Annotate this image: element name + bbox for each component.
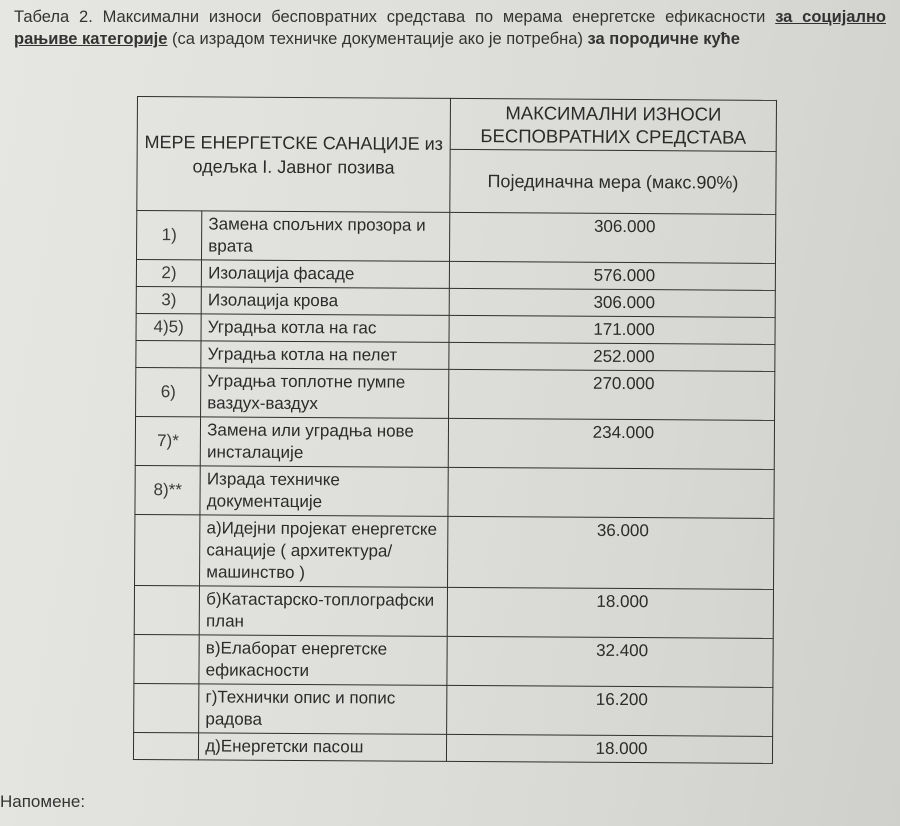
measure-amount: 18.000 (446, 734, 772, 763)
measure-description: г)Технички опис и попис радова (199, 684, 447, 735)
caption-housing-type: за породичне куће (588, 30, 740, 48)
table-row: 7)*Замена или уградња нове инсталације23… (135, 416, 774, 469)
measure-amount: 16.200 (447, 685, 773, 736)
table-row: а)Идејни пројекат енергетске санације ( … (135, 514, 774, 589)
table-row: 6)Уградња топлотне пумпе ваздух-ваздух27… (136, 367, 775, 420)
measure-amount: 171.000 (449, 315, 775, 344)
notes-label: Напомене: (0, 792, 85, 812)
measure-description: в)Елаборат енергетске ефикасности (199, 635, 447, 686)
measure-description: Изолација фасаде (202, 260, 450, 289)
measure-description: Изолација крова (201, 287, 449, 316)
header-max-amounts: МАКСИМАЛНИ ИЗНОСИ БЕСПОВРАТНИХ СРЕДСТАВА (450, 98, 776, 151)
header-single-measure: Појединачна мера (макс.90%) (450, 149, 776, 214)
measure-amount (448, 467, 774, 518)
measure-number (134, 634, 200, 683)
measure-description: а)Идејни пројекат енергетске санације ( … (200, 515, 448, 588)
measure-number (134, 683, 200, 732)
measure-description: Уградња котла на пелет (201, 341, 449, 370)
table-row: 3)Изолација крова306.000 (136, 286, 775, 317)
table-row: в)Елаборат енергетске ефикасности32.400 (134, 634, 773, 687)
measure-number: 7)* (135, 416, 201, 465)
measure-amount: 234.000 (448, 418, 774, 469)
measure-number: 2) (136, 260, 201, 287)
measure-description: Замена или уградња нове инсталације (200, 417, 448, 468)
measure-amount: 270.000 (449, 369, 775, 420)
header-measures: МЕРЕ ЕНЕРГЕТСКЕ САНАЦИЈЕ из одељка I. Ја… (137, 97, 451, 213)
measure-amount: 576.000 (449, 261, 775, 290)
table-row: д)Енергетски пасош18.000 (133, 732, 772, 763)
measure-description: д)Енергетски пасош (199, 733, 447, 762)
table-row: 1)Замена спољних прозора и врата306.000 (137, 211, 776, 264)
measure-amount: 36.000 (448, 516, 774, 589)
measure-number: 1) (137, 211, 203, 260)
measure-number: 8)** (135, 465, 201, 514)
measure-number (133, 732, 198, 759)
measure-number: 4)5) (136, 313, 201, 340)
measure-amount: 306.000 (449, 212, 775, 263)
header-row: МЕРЕ ЕНЕРГЕТСКЕ САНАЦИЈЕ из одељка I. Ја… (137, 97, 776, 152)
table-row: 8)**Израда техничке документације (135, 465, 774, 518)
measure-number (136, 340, 201, 367)
measure-amount: 18.000 (447, 587, 773, 638)
measure-number: 6) (136, 367, 202, 416)
table-row: 4)5)Уградња котла на гас171.000 (136, 313, 775, 344)
measure-amount: 32.400 (447, 636, 773, 687)
table-row: б)Катастарско-топлографски план18.000 (134, 585, 773, 638)
measure-number (134, 585, 200, 634)
measure-description: б)Катастарско-топлографски план (199, 586, 447, 637)
table-row: Уградња котла на пелет252.000 (136, 340, 775, 371)
table-row: 2)Изолација фасаде576.000 (136, 260, 775, 291)
caption-text-2: (са израдом техничке документације ако ј… (167, 30, 587, 48)
measure-description: Израда техничке документације (200, 466, 448, 517)
measure-amount: 252.000 (449, 342, 775, 371)
measure-number (135, 514, 201, 585)
measure-description: Замена спољних прозора и врата (202, 211, 450, 262)
measure-description: Уградња топлотне пумпе ваздух-ваздух (201, 368, 449, 419)
measure-amount: 306.000 (449, 288, 775, 317)
caption-text: Табела 2. Максимални износи бесповратних… (14, 8, 775, 26)
measure-number: 3) (136, 286, 201, 313)
table-caption: Табела 2. Максимални износи бесповратних… (14, 6, 886, 50)
measure-description: Уградња котла на гас (201, 314, 449, 343)
table-row: г)Технички опис и попис радова16.200 (134, 683, 773, 736)
grants-table: МЕРЕ ЕНЕРГЕТСКЕ САНАЦИЈЕ из одељка I. Ја… (133, 96, 777, 764)
